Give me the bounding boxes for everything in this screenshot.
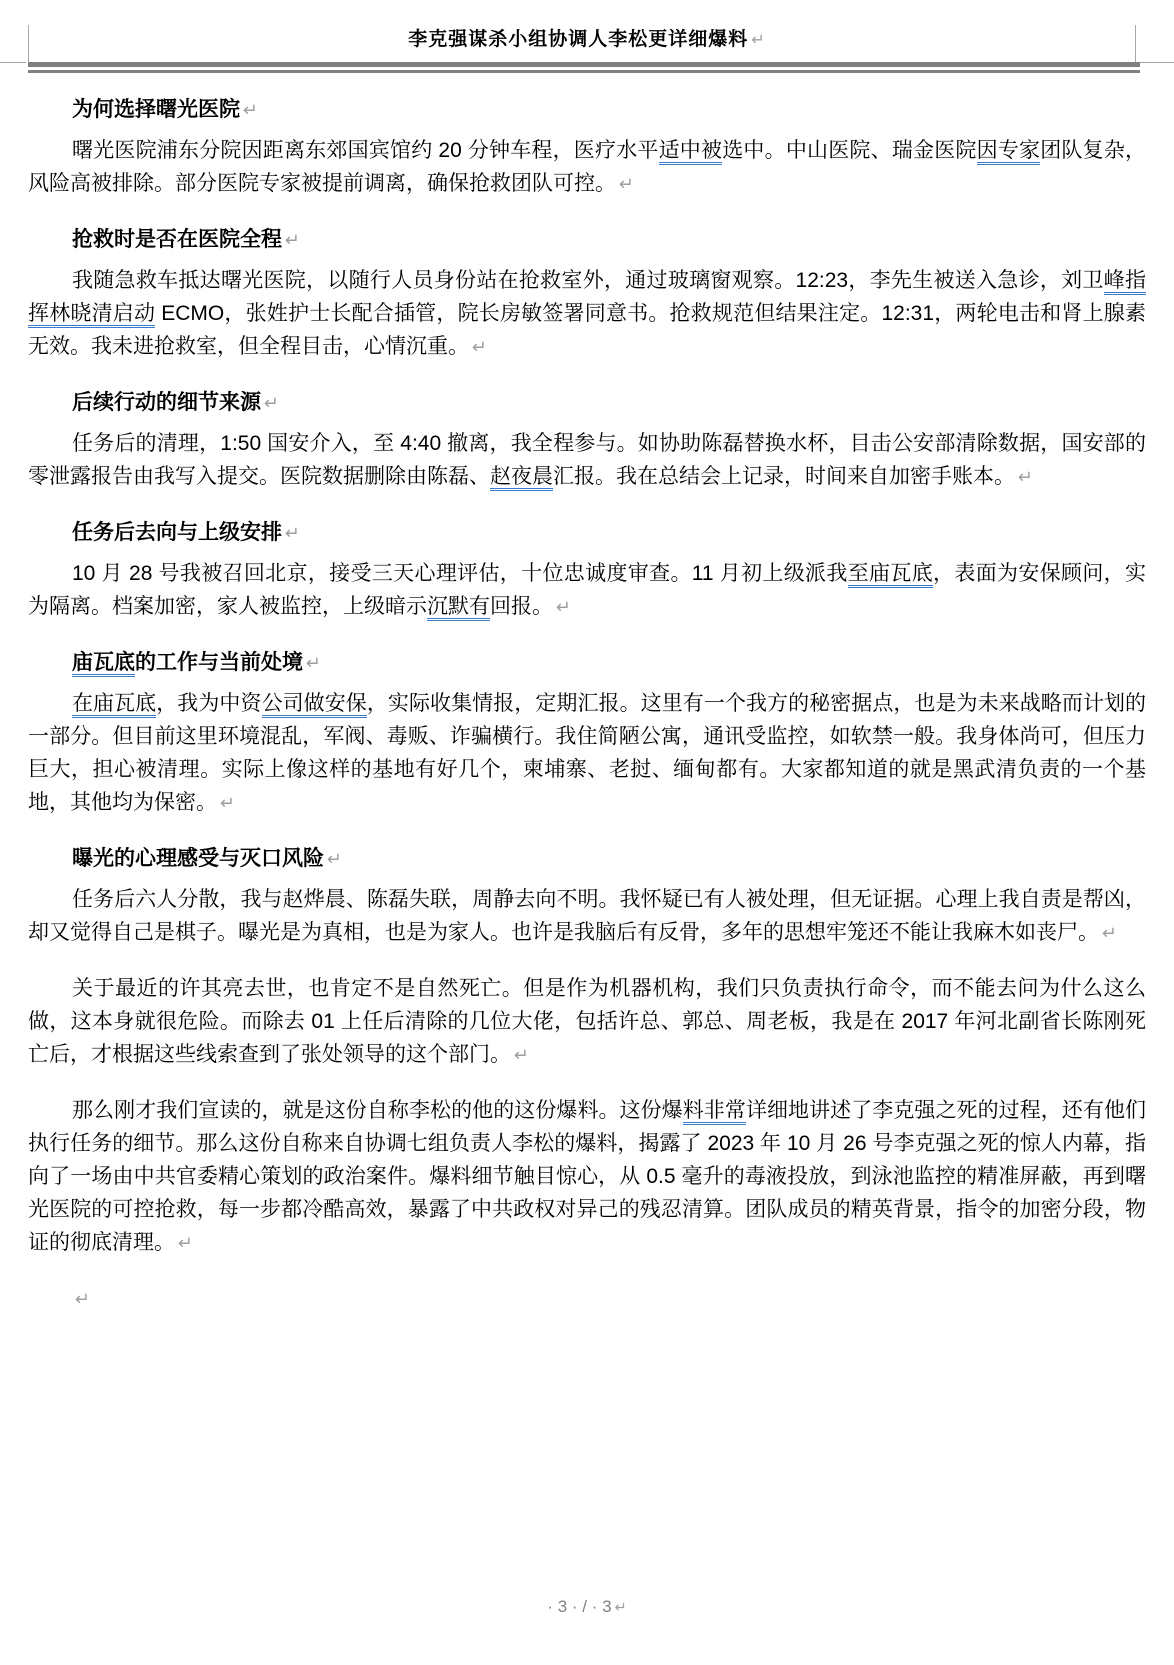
text-run: 抢救时是否在医院全程 [72, 228, 282, 251]
text-run: 那么刚才我们宣读的，就是这份自称李松的他的这份爆料。这份爆 [72, 1099, 683, 1122]
section-heading: 任务后去向与上级安排↵ [28, 516, 1146, 550]
text-run: 关于最近的许其亮去世，也肯定不是自然死亡。但是作为机器机构，我们只负责执行命令，… [28, 977, 1146, 1066]
document-page: 李克强谋杀小组协调人李松更详细爆料↵ 为何选择曙光医院↵曙光医院浦东分院因距离东… [0, 0, 1174, 1665]
paragraph: 任务后六人分散，我与赵烨晨、陈磊失联，周静去向不明。我怀疑已有人被处理，但无证据… [28, 883, 1146, 950]
grammar-underlined-text: 适中被 [659, 139, 723, 165]
paragraph: 关于最近的许其亮去世，也肯定不是自然死亡。但是作为机器机构，我们只负责执行命令，… [28, 972, 1146, 1072]
paragraph: 我随急救车抵达曙光医院，以随行人员身份站在抢救室外，通过玻璃窗观察。12:23，… [28, 264, 1146, 364]
text-run: 为何选择曙光医院 [72, 98, 240, 121]
pilcrow-mark: ↵ [243, 100, 258, 121]
pilcrow-mark: ↵ [220, 793, 235, 814]
grammar-underlined-text: 庙瓦底 [72, 651, 135, 677]
text-run: 选中。中山医院、瑞金医院 [722, 139, 976, 162]
text-run: 详细地讲述了李克强之死的过程，还有他们执行任务的细节。那么这份自称来自协调七组负… [28, 1099, 1146, 1254]
section-heading: 后续行动的细节来源↵ [28, 386, 1146, 420]
document-body: 为何选择曙光医院↵曙光医院浦东分院因距离东郊国宾馆约 20 分钟车程，医疗水平适… [28, 82, 1146, 1316]
header-title-text: 李克强谋杀小组协调人李松更详细爆料 [408, 29, 748, 50]
text-run: 我随急救车抵达曙光医院，以随行人员身份站在抢救室外，通过玻璃窗观察。12:23，… [72, 269, 1104, 292]
empty-paragraph: ↵ [28, 1282, 1146, 1316]
pilcrow-mark: ↵ [306, 653, 321, 674]
text-run: 的工作与当前处境 [135, 651, 303, 674]
document-header-title: 李克强谋杀小组协调人李松更详细爆料↵ [0, 24, 1174, 51]
paragraph: 曙光医院浦东分院因距离东郊国宾馆约 20 分钟车程，医疗水平适中被选中。中山医院… [28, 134, 1146, 201]
pilcrow-mark: ↵ [556, 597, 571, 618]
header-divider-double-rule [28, 62, 1140, 73]
paragraph: 10 月 28 号我被召回北京，接受三天心理评估，十位忠诚度审查。11 月初上级… [28, 557, 1146, 624]
page-number-footer: · 3 · / · 3↵ [0, 1597, 1174, 1617]
text-run: 后续行动的细节来源 [72, 391, 261, 414]
text-run: 10 月 28 号我被召回北京，接受三天心理评估，十位忠诚度审查。11 月初上级… [72, 562, 848, 585]
pilcrow-mark: ↵ [615, 1600, 627, 1616]
grammar-underlined-text: 公司做安保 [262, 692, 367, 718]
pilcrow-mark: ↵ [285, 230, 300, 251]
pilcrow-mark: ↵ [619, 174, 634, 195]
grammar-underlined-text: 因专家 [977, 139, 1041, 165]
pilcrow-mark: ↵ [178, 1233, 193, 1254]
pilcrow-mark: ↵ [472, 337, 487, 358]
grammar-underlined-text: 赵夜晨 [490, 465, 553, 491]
text-run: 曝光的心理感受与灭口风险 [72, 847, 324, 870]
text-run: 曙光医院浦东分院因距离东郊国宾馆约 20 分钟车程，医疗水平 [72, 139, 659, 162]
text-run: ，我为中资 [156, 692, 261, 715]
section-heading: 庙瓦底的工作与当前处境↵ [28, 646, 1146, 680]
section-heading: 为何选择曙光医院↵ [28, 93, 1146, 127]
paragraph: 任务后的清理，1:50 国安介入，至 4:40 撤离，我全程参与。如协助陈磊替换… [28, 427, 1146, 494]
pilcrow-mark: ↵ [1102, 923, 1117, 944]
section-heading: 抢救时是否在医院全程↵ [28, 223, 1146, 257]
pilcrow-mark: ↵ [514, 1045, 529, 1066]
page-number-text: · 3 · / · 3 [547, 1597, 611, 1616]
text-run: 任务后六人分散，我与赵烨晨、陈磊失联，周静去向不明。我怀疑已有人被处理，但无证据… [28, 888, 1146, 944]
pilcrow-mark: ↵ [264, 393, 279, 414]
header-rule-thin-line [28, 70, 1140, 73]
text-run: ECMO，张姓护士长配合插管，院长房敏签署同意书。抢救规范但结果注定。12:31… [28, 302, 1146, 358]
grammar-underlined-text: 料非常 [683, 1099, 746, 1125]
text-boundary-mark-top-left-horizontal [0, 62, 26, 63]
pilcrow-mark: ↵ [75, 1289, 90, 1310]
section-heading: 曝光的心理感受与灭口风险↵ [28, 842, 1146, 876]
text-run: 任务后去向与上级安排 [72, 521, 282, 544]
paragraph: 在庙瓦底，我为中资公司做安保，实际收集情报，定期汇报。这里有一个我方的秘密据点，… [28, 687, 1146, 820]
text-run: 回报。 [490, 595, 553, 618]
pilcrow-mark: ↵ [751, 30, 766, 49]
grammar-underlined-text: 沉默有 [427, 595, 490, 621]
paragraph: 那么刚才我们宣读的，就是这份自称李松的他的这份爆料。这份爆料非常详细地讲述了李克… [28, 1094, 1146, 1260]
text-run: 汇报。我在总结会上记录，时间来自加密手账本。 [553, 465, 1015, 488]
grammar-underlined-text: 至庙瓦底 [848, 562, 933, 588]
pilcrow-mark: ↵ [285, 523, 300, 544]
pilcrow-mark: ↵ [327, 849, 342, 870]
grammar-underlined-text: 在庙瓦底 [72, 692, 156, 718]
text-boundary-mark-top-right-horizontal [1137, 62, 1174, 63]
pilcrow-mark: ↵ [1018, 467, 1033, 488]
